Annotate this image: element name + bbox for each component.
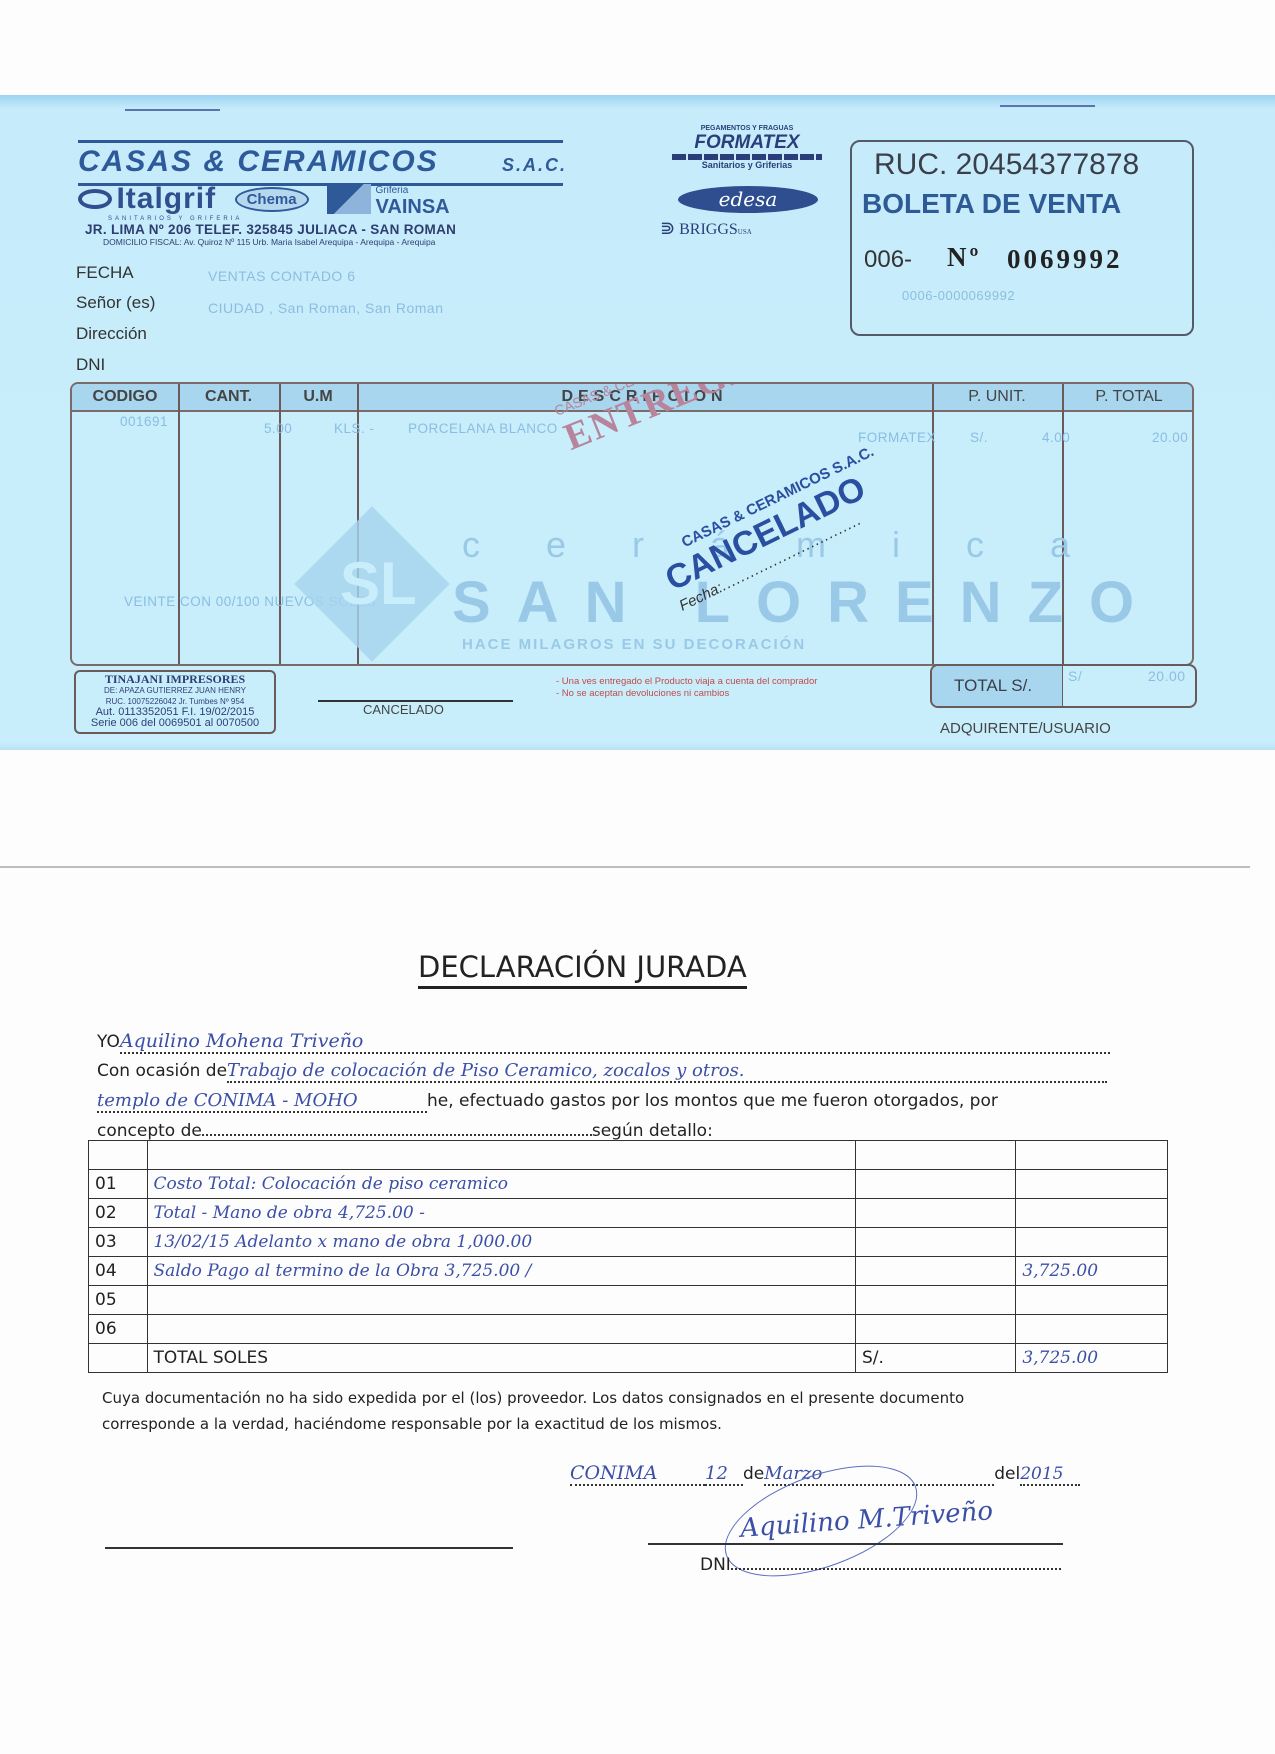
row-p-total: 20.00 (1152, 430, 1188, 445)
vainsa-logo: Griferia VAINSA (376, 183, 450, 216)
total-value: 20.00 (1148, 668, 1186, 684)
table-row: 06 (89, 1315, 1168, 1344)
company-address: JR. LIMA Nº 206 TELEF. 325845 JULIACA - … (85, 222, 456, 237)
row-p-unit: 4.00 (1042, 430, 1070, 445)
copy-label: ADQUIRENTE/USUARIO (940, 720, 1111, 737)
note-2: - No se aceptan devoluciones ni cambios (556, 688, 817, 700)
total-box: TOTAL S/. S/ 20.00 (930, 664, 1197, 708)
printed-document-number: 0006-0000069992 (902, 288, 1015, 303)
row-description: 13/02/15 Adelanto x mano de obra 1,000.0… (147, 1228, 855, 1257)
receipt-notes: - Una ves entregado el Producto viaja a … (556, 676, 817, 700)
header-p-unit: P. UNIT. (932, 388, 1062, 406)
table-total-row: TOTAL SOLESS/.3,725.00 (89, 1344, 1168, 1373)
fiscal-address: DOMICILIO FISCAL: Av. Quiroz Nº 115 Urb.… (103, 237, 435, 247)
table-row: 02Total - Mano de obra 4,725.00 - (89, 1199, 1168, 1228)
row-description (147, 1286, 855, 1315)
formatex-tagline: PEGAMENTOS Y FRAGUAS (662, 125, 832, 132)
dni-label-decl: DNI (700, 1555, 731, 1575)
page-divider (0, 866, 1250, 868)
watermark-logo-text: SL (340, 549, 417, 618)
table-header-row (89, 1141, 1168, 1170)
del-label: del (994, 1464, 1020, 1484)
briggs-label: BRIGGS (679, 221, 738, 238)
briggs-suffix: USA (738, 228, 752, 236)
row-symbol (855, 1170, 1015, 1199)
row-description: Total - Mano de obra 4,725.00 - (147, 1199, 855, 1228)
row-symbol (855, 1286, 1015, 1315)
declaration-concepto-line: concepto desegún detallo: (97, 1120, 713, 1141)
ruc-number: RUC. 20454377878 (874, 148, 1139, 182)
row-descripcion: PORCELANA BLANCO (408, 421, 558, 436)
total-label: TOTAL S/. (954, 676, 1032, 696)
line3-value: templo de CONIMA - MOHO (97, 1090, 427, 1113)
row-codigo: 001691 (120, 414, 168, 429)
direccion-label: Dirección (76, 324, 147, 344)
row-amount (1016, 1170, 1168, 1199)
day-value: 12 (705, 1463, 743, 1486)
signature-line-left (105, 1547, 513, 1549)
row-symbol (855, 1228, 1015, 1257)
briggs-logo: ⋑ BRIGGSUSA (660, 218, 752, 239)
row-um: KLS. - (334, 421, 375, 436)
company-logo: CASAS & CERAMICOS S.A.C. (78, 140, 563, 186)
row-symbol (855, 1257, 1015, 1286)
row-number: 04 (89, 1257, 148, 1286)
briggs-icon: ⋑ (660, 218, 675, 238)
ocasion-label: Con ocasión de (97, 1061, 227, 1081)
italgrif-logo: Italgrif (116, 182, 216, 216)
header-p-total: P. TOTAL (1062, 388, 1194, 406)
expenses-table: 01Costo Total: Colocación de piso cerami… (88, 1140, 1168, 1373)
concepto-label: concepto de (97, 1121, 202, 1141)
row-number: 02 (89, 1199, 148, 1228)
place-value: CONIMA (570, 1462, 705, 1486)
document-number: 0069992 (1007, 244, 1123, 275)
dni-label: DNI (76, 355, 105, 375)
printer-info: TINAJANI IMPRESORES DE: APAZA GUTIERREZ … (74, 670, 276, 734)
footer-text-1: Cuya documentación no ha sido expedida p… (102, 1385, 964, 1411)
total-amount: 3,725.00 (1016, 1344, 1168, 1373)
signature-line-right (648, 1543, 1063, 1545)
row-amount (1016, 1228, 1168, 1257)
printer-serie: Serie 006 del 0069501 al 0070500 (76, 718, 274, 729)
row-amount (1016, 1286, 1168, 1315)
senor-value: VENTAS CONTADO 6 (208, 268, 356, 284)
row-symbol (855, 1199, 1015, 1228)
dni-line: DNI (700, 1555, 1061, 1575)
header-codigo: CODIGO (72, 388, 178, 406)
row-number: 05 (89, 1286, 148, 1315)
company-suffix: S.A.C. (502, 155, 567, 176)
row-symbol (855, 1315, 1015, 1344)
marker-line (1000, 105, 1095, 107)
total-label: TOTAL SOLES (147, 1344, 855, 1373)
row-amount (1016, 1199, 1168, 1228)
ruc-box: RUC. 20454377878 BOLETA DE VENTA 006- Nº… (850, 140, 1194, 336)
header-cant: CANT. (178, 388, 279, 406)
italgrif-icon (78, 189, 112, 209)
declaration-title: DECLARACIÓN JURADA (418, 950, 747, 989)
direccion-value: CIUDAD , San Roman, San Roman (208, 300, 443, 316)
table-row: 01Costo Total: Colocación de piso cerami… (89, 1170, 1168, 1199)
items-table: CODIGO CANT. U.M DESCRIPCION P. UNIT. P.… (70, 382, 1194, 666)
row-amount (1016, 1315, 1168, 1344)
formatex-label: FORMATEX (662, 132, 832, 154)
row-number: 06 (89, 1315, 148, 1344)
row-number: 03 (89, 1228, 148, 1257)
row-cant: 5.00 (264, 421, 292, 436)
watermark-main: SAN LORENZO (452, 569, 1160, 636)
row-marca: FORMATEX (858, 430, 936, 445)
row-moneda: S/. (970, 430, 988, 445)
watermark-tagline: HACE MILAGROS EN SU DECORACIÓN (462, 636, 806, 653)
printer-name: TINAJANI IMPRESORES (76, 674, 274, 685)
column-divider (178, 384, 180, 664)
chema-logo: Chema (235, 187, 309, 212)
row-description (147, 1315, 855, 1344)
company-name: CASAS & CERAMICOS (78, 145, 439, 179)
row-amount: 3,725.00 (1016, 1257, 1168, 1286)
vainsa-label: VAINSA (376, 199, 450, 215)
edesa-logo: edesa (678, 186, 818, 213)
formatex-logo: PEGAMENTOS Y FRAGUAS FORMATEX Sanitarios… (662, 125, 832, 170)
header-cell (855, 1141, 1015, 1170)
note-1: - Una ves entregado el Producto viaja a … (556, 676, 817, 688)
declaration-ocasion-line: Con ocasión de Trabajo de colocación de … (97, 1060, 1137, 1083)
segun-label: según detallo: (592, 1121, 713, 1141)
row-description: Saldo Pago al termino de la Obra 3,725.0… (147, 1257, 855, 1286)
document-number-prefix: Nº (947, 242, 981, 273)
year-value: 2015 (1020, 1464, 1080, 1486)
de-label: de (743, 1464, 764, 1484)
table-row: 05 (89, 1286, 1168, 1315)
header-cell (147, 1141, 855, 1170)
printer-owner: DE: APAZA GUTIERREZ JUAN HENRY (76, 685, 274, 696)
fecha-label: FECHA (76, 263, 134, 283)
table-row: 04Saldo Pago al termino de la Obra 3,725… (89, 1257, 1168, 1286)
marker-line (125, 109, 220, 111)
declaration-footer: Cuya documentación no ha sido expedida p… (102, 1385, 964, 1437)
ocasion-value: Trabajo de colocación de Piso Ceramico, … (227, 1060, 745, 1081)
yo-value: Aquilino Mohena Triveño (120, 1030, 364, 1052)
declaration-yo-line: YO Aquilino Mohena Triveño (97, 1030, 1137, 1054)
header-cell (1016, 1141, 1168, 1170)
row-number: 01 (89, 1170, 148, 1199)
header-um: U.M (279, 388, 357, 406)
header-cell (89, 1141, 148, 1170)
total-empty (89, 1344, 148, 1373)
document-type: BOLETA DE VENTA (862, 188, 1121, 220)
document-serie: 006- (864, 246, 912, 274)
table-row: 0313/02/15 Adelanto x mano de obra 1,000… (89, 1228, 1168, 1257)
senor-label: Señor (es) (76, 293, 155, 313)
yo-label: YO (97, 1032, 120, 1052)
declaration-line3: templo de CONIMA - MOHOhe, efectuado gas… (97, 1090, 1157, 1113)
line3-text: he, efectuado gastos por los montos que … (427, 1091, 998, 1111)
row-description: Costo Total: Colocación de piso ceramico (147, 1170, 855, 1199)
cancelado-label: CANCELADO (363, 702, 444, 717)
total-currency: S/ (1068, 668, 1082, 684)
footer-text-2: corresponde a la verdad, haciéndome resp… (102, 1411, 964, 1437)
formatex-sub: Sanitarios y Griferias (662, 160, 832, 170)
total-symbol: S/. (855, 1344, 1015, 1373)
vainsa-icon (327, 184, 371, 214)
